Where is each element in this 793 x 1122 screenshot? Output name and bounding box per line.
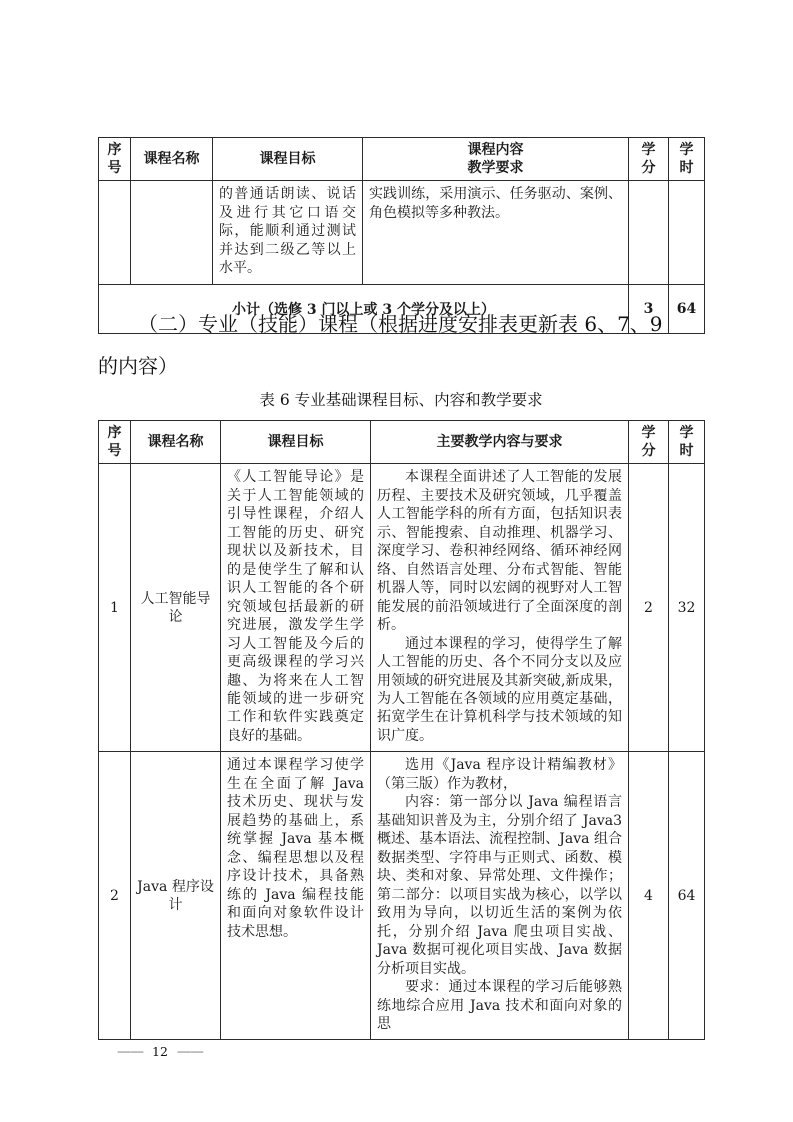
footer-dash-left: —— [117, 1045, 143, 1059]
col-header-course-name: 课程名称 [131, 138, 213, 181]
course-name-cell-empty [131, 181, 213, 284]
serial-cell-empty [99, 181, 131, 284]
course-goal-text: 《人工智能导论》是关于人工智能领域的引导性课程，介绍人工智能的历史、研究现状以及… [227, 468, 364, 745]
col-header-main-content: 主要教学内容与要求 [371, 421, 629, 464]
section-heading: （二）专业（技能）课程（根据进度安排表更新表 6、7、9 的内容） [98, 303, 723, 387]
col-header-hours: 学 时 [669, 421, 705, 464]
table-header-row: 序 号 课程名称 课程目标 课程内容 教学要求 学 分 学 时 [99, 138, 705, 181]
credits-cell-empty [629, 181, 669, 284]
course-content-cell: 实践训练，采用演示、任务驱动、案例、角色模拟等多种教法。 [363, 181, 629, 284]
course-name-cell: Java 程序设计 [131, 752, 221, 1040]
table6-caption: 表 6 专业基础课程目标、内容和教学要求 [98, 388, 704, 412]
course-goal-cell: 《人工智能导论》是关于人工智能领域的引导性课程，介绍人工智能的历史、研究现状以及… [221, 464, 371, 752]
col-header-course-goal: 课程目标 [213, 138, 363, 181]
col-header-course-content: 课程内容 教学要求 [363, 138, 629, 181]
serial-cell: 2 [99, 752, 131, 1040]
hours-cell-empty [669, 181, 705, 284]
course-goal-cell: 的普通话朗读、说话及进行其它口语交际，能顺利通过测试并达到二级乙等以上水平。 [213, 181, 363, 284]
hours-cell: 32 [669, 464, 705, 752]
serial-cell: 1 [99, 464, 131, 752]
course-content-text: 实践训练，采用演示、任务驱动、案例、角色模拟等多种教法。 [369, 185, 622, 222]
course-content-cell: 选用《Java 程序设计精编教材》（第三版）作为教材， 内容：第一部分以 Jav… [371, 752, 629, 1040]
credits-cell: 2 [629, 464, 669, 752]
section-heading-line2: 的内容） [98, 345, 723, 387]
hours-cell: 64 [669, 752, 705, 1040]
credits-cell: 4 [629, 752, 669, 1040]
table-row-continued: 的普通话朗读、说话及进行其它口语交际，能顺利通过测试并达到二级乙等以上水平。 实… [99, 181, 705, 284]
col-header-course-name: 课程名称 [131, 421, 221, 464]
col-header-course-goal: 课程目标 [221, 421, 371, 464]
col-header-hours: 学 时 [669, 138, 705, 181]
course-goal-text: 通过本课程学习使学生在全面了解 Java 技术历史、现状与发展趋势的基础上，系统… [227, 756, 364, 941]
col-header-serial: 序 号 [99, 421, 131, 464]
table-header-row: 序 号 课程名称 课程目标 主要教学内容与要求 学 分 学 时 [99, 421, 705, 464]
col-header-credits: 学 分 [629, 421, 669, 464]
table-row-java: 2 Java 程序设计 通过本课程学习使学生在全面了解 Java 技术历史、现状… [99, 752, 705, 1040]
page-footer: —— 12 —— [117, 1044, 203, 1059]
professional-basic-course-table: 序 号 课程名称 课程目标 主要教学内容与要求 学 分 学 时 1 人工智能导论… [98, 420, 705, 1040]
content-paragraph: 内容：第一部分以 Java 编程语言基础知识普及为主，分别介绍了 Java3 概… [377, 793, 622, 978]
course-content-cell: 本课程全面讲述了人工智能的发展历程、主要技术及研究领域，几乎覆盖人工智能学科的所… [371, 464, 629, 752]
table-row-ai-intro: 1 人工智能导论 《人工智能导论》是关于人工智能领域的引导性课程，介绍人工智能的… [99, 464, 705, 752]
content-paragraph: 选用《Java 程序设计精编教材》（第三版）作为教材， [377, 756, 622, 793]
content-paragraph: 本课程全面讲述了人工智能的发展历程、主要技术及研究领域，几乎覆盖人工智能学科的所… [377, 468, 622, 634]
section-heading-line1: （二）专业（技能）课程（根据进度安排表更新表 6、7、9 [98, 303, 723, 345]
content-paragraph: 通过本课程的学习，使得学生了解人工智能的历史、各个不同分支以及应用领域的研究进展… [377, 635, 622, 746]
col-header-serial: 序 号 [99, 138, 131, 181]
document-page: 序 号 课程名称 课程目标 课程内容 教学要求 学 分 学 时 的普通话朗读、说… [0, 0, 793, 1122]
page-number: 12 [152, 1044, 168, 1059]
content-paragraph: 要求：通过本课程的学习后能够熟练地综合应用 Java 技术和面向对象的思 [377, 978, 622, 1033]
course-name-cell: 人工智能导论 [131, 464, 221, 752]
course-goal-cell: 通过本课程学习使学生在全面了解 Java 技术历史、现状与发展趋势的基础上，系统… [221, 752, 371, 1040]
col-header-credits: 学 分 [629, 138, 669, 181]
footer-dash-right: —— [177, 1045, 203, 1059]
course-goal-text: 的普通话朗读、说话及进行其它口语交际，能顺利通过测试并达到二级乙等以上水平。 [219, 185, 356, 277]
